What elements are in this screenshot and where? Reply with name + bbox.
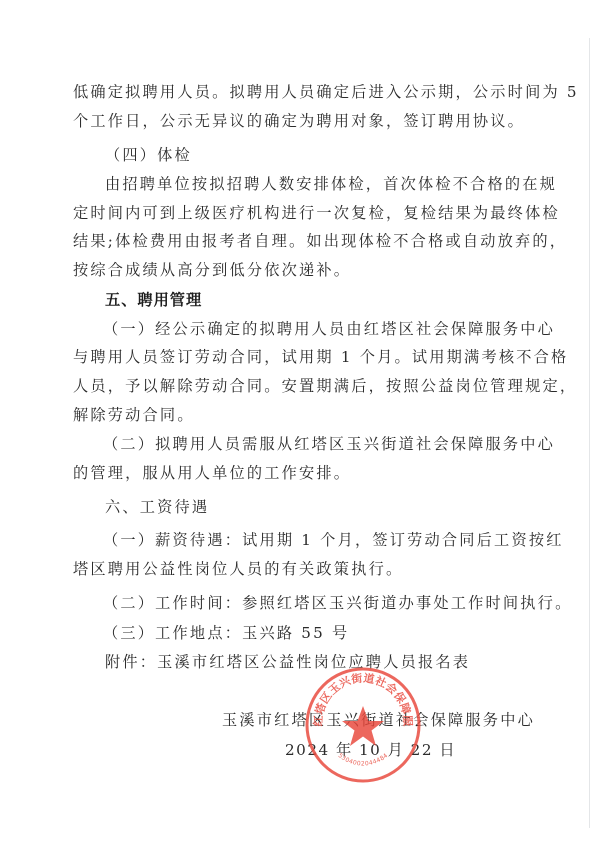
paragraph-line: 低确定拟聘用人员。拟聘用人员确定后进入公示期，公示时间为 5	[73, 82, 523, 102]
section-heading-employment-management: 五、聘用管理	[105, 290, 555, 310]
scan-edge-line	[589, 38, 590, 828]
paragraph-line: （二）工作时间：参照红塔区玉兴街道办事处工作时间执行。	[103, 593, 553, 613]
paragraph-line: 由招聘单位按拟招聘人数安排体检，首次体检不合格的在规	[105, 174, 555, 194]
paragraph-line: 个工作日，公示无异议的确定为聘用对象，签订聘用协议。	[73, 111, 523, 131]
section-heading-salary: 六、工资待遇	[105, 497, 555, 517]
paragraph-line: （三）工作地点：玉兴路 55 号	[103, 623, 553, 643]
paragraph-line: （二）拟聘用人员需服从红塔区玉兴街道社会保障服务中心	[103, 434, 553, 454]
paragraph-line: 与聘用人员签订劳动合同，试用期 1 个月。试用期满考核不合格	[73, 347, 523, 367]
paragraph-line: 按综合成绩从高分到低分依次递补。	[73, 260, 523, 280]
paragraph-line: 人员，予以解除劳动合同。安置期满后，按照公益岗位管理规定，	[73, 376, 523, 396]
svg-text:5304002044484: 5304002044484	[337, 752, 390, 767]
paragraph-line: 的管理，服从用人单位的工作安排。	[73, 463, 523, 483]
star-icon	[342, 706, 384, 746]
paragraph-line: 解除劳动合同。	[73, 405, 523, 425]
document-page: 低确定拟聘用人员。拟聘用人员确定后进入公示期，公示时间为 5 个工作日，公示无异…	[0, 0, 594, 841]
paragraph-line: 结果;体检费用由报考者自理。如出现体检不合格或自动放弃的，	[73, 231, 523, 251]
official-seal-stamp: 玉溪市红塔区玉兴街道社会保障服务中心 5304002044484	[304, 666, 422, 784]
paragraph-line: 定时间内可到上级医疗机构进行一次复检，复检结果为最终体检	[73, 203, 523, 223]
paragraph-line: 塔区聘用公益性岗位人员的有关政策执行。	[73, 559, 523, 579]
paragraph-line: （一）经公示确定的拟聘用人员由红塔区社会保障服务中心	[103, 319, 553, 339]
paragraph-line: （一）薪资待遇：试用期 1 个月，签订劳动合同后工资按红	[103, 530, 553, 550]
subsection-heading-physical-exam: （四）体检	[105, 145, 555, 165]
